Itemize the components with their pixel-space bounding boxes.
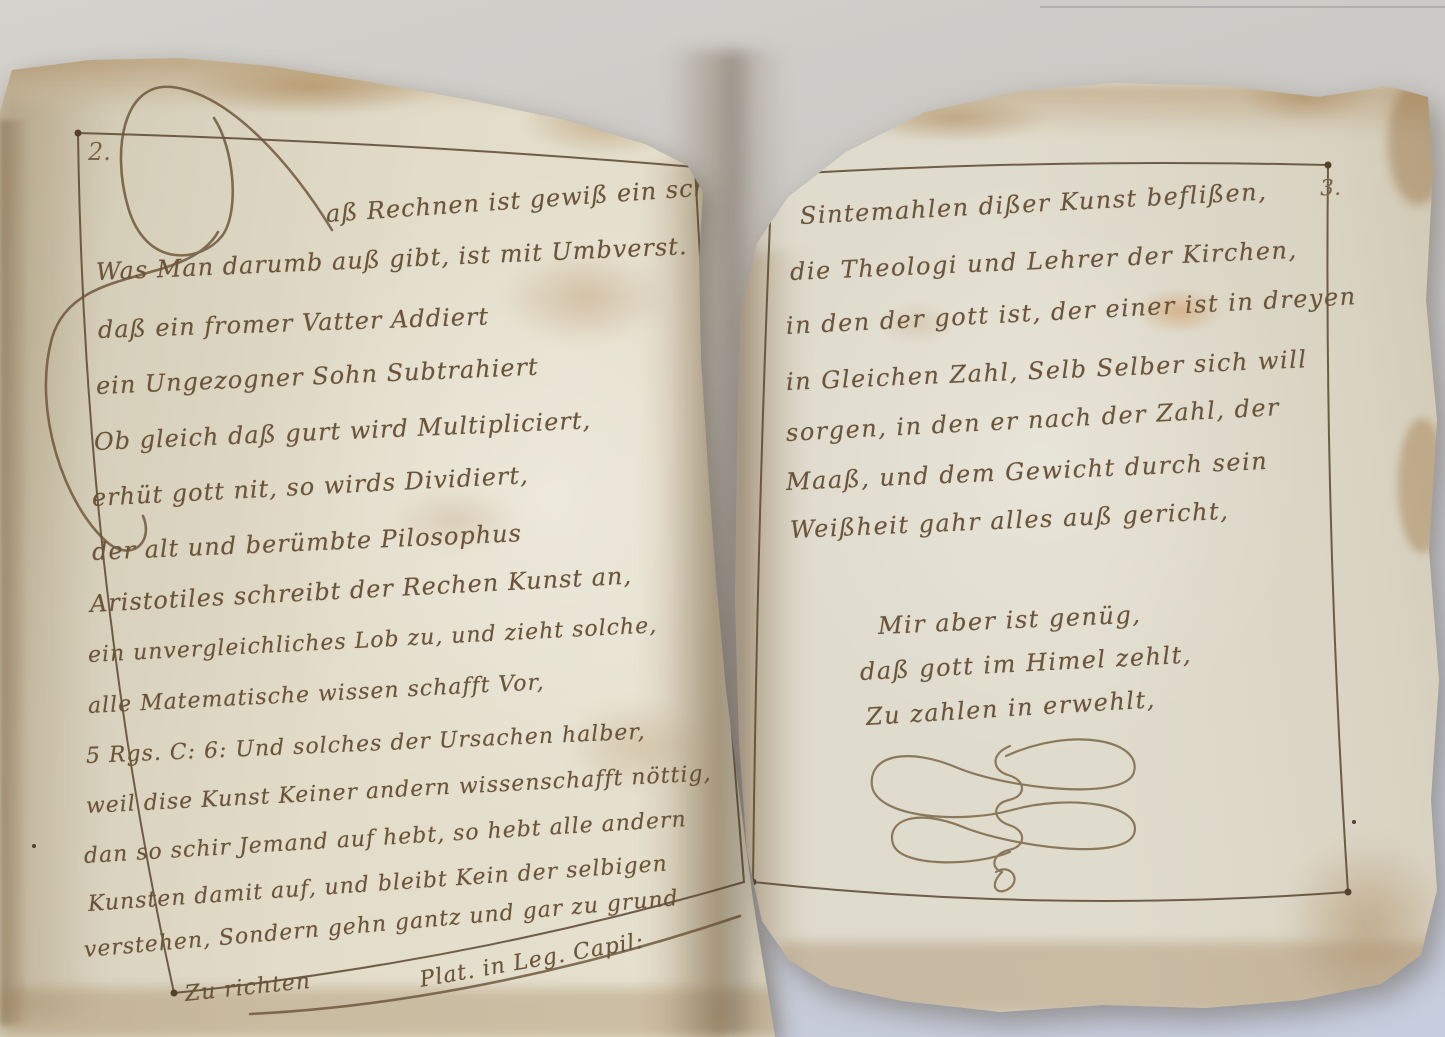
frame-corner-dot — [1345, 889, 1352, 896]
frame-corner-dot — [1325, 162, 1332, 169]
frame-left-line — [753, 175, 772, 882]
frame-corner-dot — [750, 879, 757, 886]
ink-speck — [1352, 820, 1356, 824]
knot-flourish — [995, 869, 1015, 891]
frame-top-line — [772, 163, 1328, 175]
photo-canvas: 2. aß Rechnen ist gewiß ein schöne Kunst… — [0, 0, 1445, 1037]
page-number-right: 3. — [1320, 176, 1342, 202]
frame-right-line — [1327, 165, 1348, 892]
frame-bottom-line — [753, 882, 1348, 901]
right-page-paper: 3. Sintemahlen dißer Kunst beflißen, die… — [0, 0, 1445, 1037]
right-page: 3. Sintemahlen dißer Kunst beflißen, die… — [0, 0, 1445, 1037]
frame-corner-dot — [769, 172, 776, 179]
